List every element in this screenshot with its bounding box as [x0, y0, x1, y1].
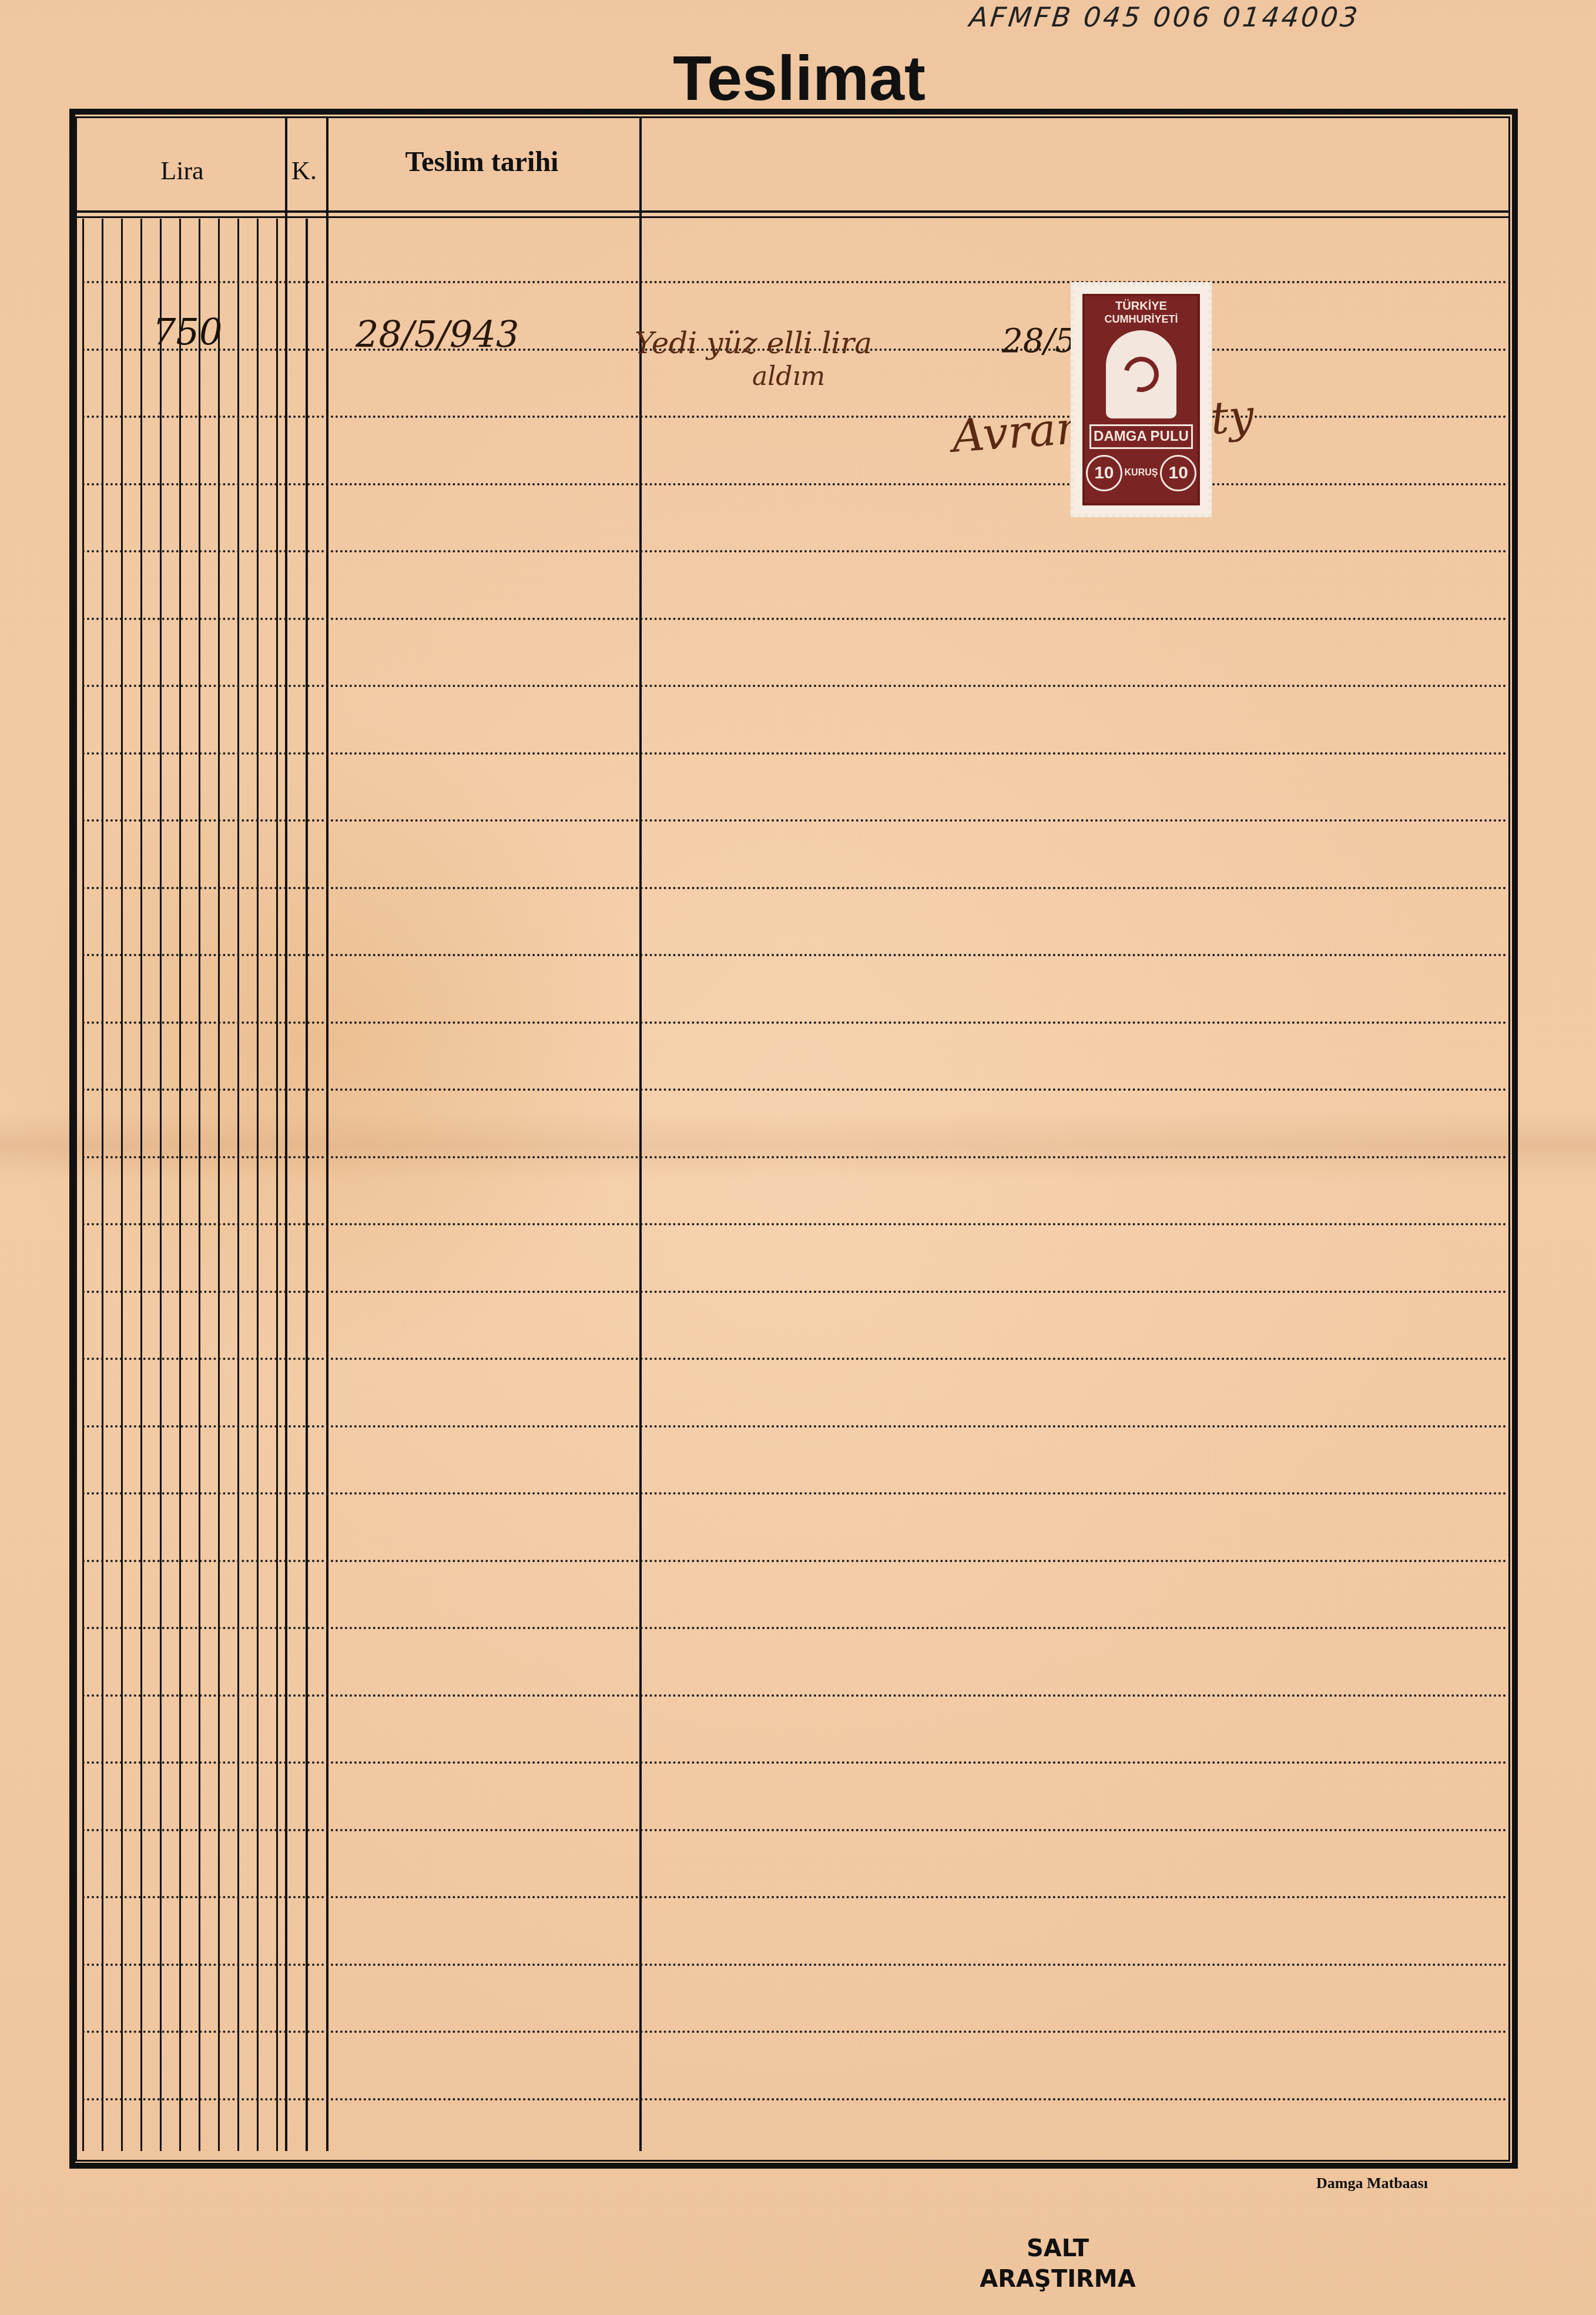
stamp-label: DAMGA PULU — [1089, 424, 1193, 449]
grid-column-divider — [639, 118, 642, 2151]
table-row-line — [82, 281, 1507, 283]
table-row-line — [82, 1560, 1507, 1562]
grid-column-line — [102, 219, 103, 2151]
column-header-teslim-tarihi: Teslim tarihi — [329, 146, 635, 178]
archive-id: AFMFB 045 006 0144003 — [968, 1, 1362, 33]
printer-imprint: Damga Matbaası — [1316, 2175, 1428, 2192]
table-row-line — [82, 1021, 1507, 1024]
stamp-country: TÜRKİYE — [1085, 296, 1198, 313]
table-row-line — [82, 1627, 1507, 1629]
watermark-line-1: SALT — [958, 2233, 1158, 2264]
header-divider-secondary — [75, 216, 1510, 218]
column-header-kurus: K. — [285, 156, 323, 186]
revenue-stamp: TÜRKİYE CUMHURİYETİ DAMGA PULU 10 KURUŞ … — [1071, 282, 1212, 517]
row-1-teslim-tarihi: 28/5/943 — [356, 313, 519, 356]
page-title: Teslimat — [652, 41, 946, 115]
watermark-line-2: ARAŞTIRMA — [958, 2264, 1158, 2294]
archive-watermark: SALT ARAŞTIRMA — [958, 2233, 1158, 2294]
grid-column-line — [140, 219, 142, 2151]
table-row-line — [82, 550, 1507, 552]
grid-column-line — [121, 219, 123, 2151]
table-row-line — [82, 1492, 1507, 1495]
table-row-line — [82, 2031, 1507, 2033]
form-inner-frame — [75, 116, 1510, 2162]
row-1-lira: 750 — [153, 310, 222, 353]
table-row-line — [82, 1358, 1507, 1360]
table-row-line — [82, 1156, 1507, 1158]
grid-column-line — [82, 219, 84, 2151]
table-row-line — [82, 1694, 1507, 1697]
table-row-line — [82, 1761, 1507, 1764]
stamp-currency: KURUŞ — [1125, 468, 1158, 478]
table-row-line — [82, 1088, 1507, 1091]
table-row-line — [82, 2098, 1507, 2100]
table-row-line — [82, 819, 1507, 822]
table-row-line — [82, 1829, 1507, 1831]
crescent-star-icon — [1106, 330, 1176, 418]
grid-column-line — [237, 219, 239, 2151]
grid-column-line — [276, 219, 278, 2151]
table-row-line — [82, 618, 1507, 620]
table-row-line — [82, 416, 1507, 418]
table-row-line — [82, 1964, 1507, 1966]
grid-column-line — [179, 219, 181, 2151]
grid-column-line — [199, 219, 200, 2151]
grid-column-line — [160, 219, 162, 2151]
header-divider — [75, 210, 1510, 213]
table-row-line — [82, 954, 1507, 956]
grid-column-line — [218, 219, 220, 2151]
stamp-value-right: 10 — [1160, 455, 1196, 491]
table-row-line — [82, 1223, 1507, 1225]
grid-column-divider — [306, 219, 308, 2151]
stamp-issuer: CUMHURİYETİ — [1085, 313, 1198, 326]
row-1-note-line1: Yedi yüz elli lira — [635, 326, 872, 360]
grid-column-line — [257, 219, 259, 2151]
column-header-lira: Lira — [82, 156, 282, 186]
table-row-line — [82, 1291, 1507, 1293]
table-row-line — [82, 887, 1507, 889]
table-row-line — [82, 483, 1507, 485]
grid-column-divider — [285, 118, 287, 2151]
stamp-value-left: 10 — [1086, 455, 1122, 491]
table-row-line — [82, 1425, 1507, 1428]
table-row-line — [82, 752, 1507, 755]
grid-column-divider — [326, 118, 328, 2151]
table-row-line — [82, 1896, 1507, 1898]
table-row-line — [82, 685, 1507, 687]
row-1-note-line2: aldım — [752, 361, 825, 391]
